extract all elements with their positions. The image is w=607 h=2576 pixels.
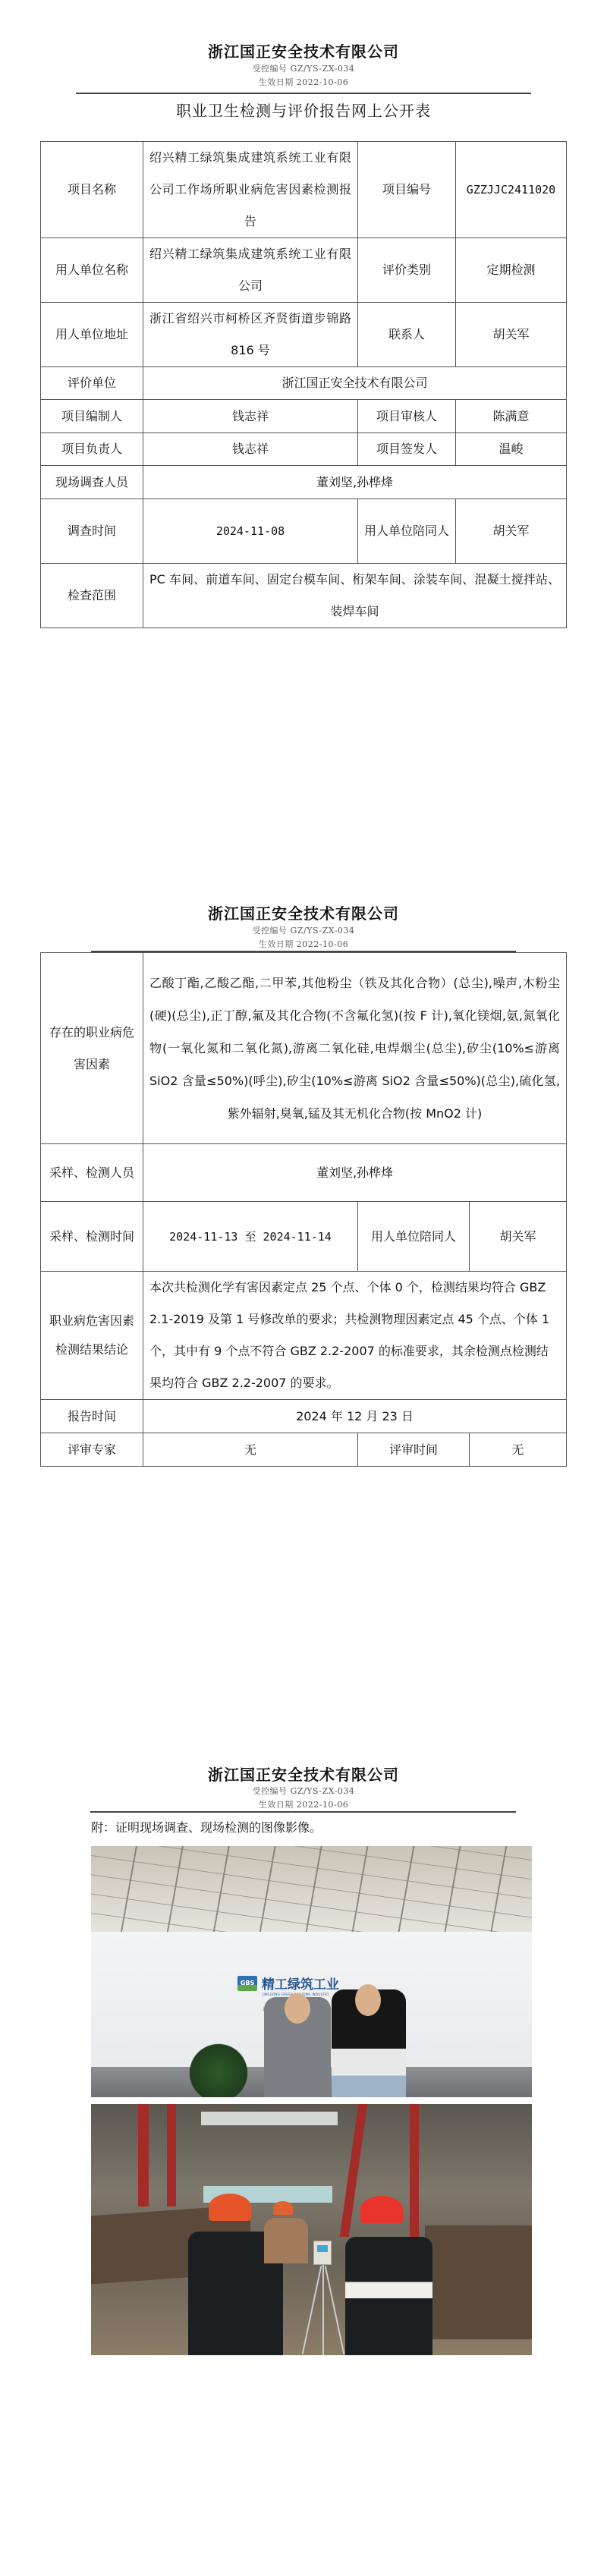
label-survey-staff: 现场调查人员 [41, 466, 143, 499]
crane-pillar [167, 2104, 176, 2206]
person-head [355, 1984, 381, 2016]
worker-welder [264, 2218, 308, 2263]
label-hazard-factors: 存在的职业病危害因素 [41, 953, 143, 1144]
company-sign-logo: GBS 精工绿筑工业 [237, 1974, 339, 1993]
value-hazard-factors: 乙酸丁酯,乙酸乙酯,二甲苯,其他粉尘（铁及其化合物）(总尘),噪声,木粉尘(硬)… [143, 953, 567, 1144]
table-row: 检查范围 PC 车间、前道车间、固定台模车间、桁架车间、涂装车间、混凝土搅拌站、… [41, 564, 567, 628]
company-name: 浙江国正安全技术有限公司 [0, 39, 607, 61]
person-head [285, 1993, 310, 2024]
control-number-page3: 受控编号 GZ/YS-ZX-034 [0, 1785, 607, 1797]
table-row: 用人单位名称 绍兴精工绿筑集成建筑系统工业有限公司 评价类别 定期检测 [41, 238, 567, 303]
label-sampling-staff: 采样、检测人员 [41, 1144, 143, 1202]
label-compiler: 项目编制人 [41, 400, 143, 433]
workshop-window [201, 2112, 338, 2125]
value-contact: 胡关军 [456, 303, 567, 367]
label-survey-date: 调查时间 [41, 499, 143, 564]
table-row: 报告时间 2024 年 12 月 23 日 [41, 1400, 567, 1433]
table-row: 项目编制人 钱志祥 项目审核人 陈满意 [41, 400, 567, 433]
value-sampling-date: 2024-11-13 至 2024-11-14 [143, 1202, 358, 1272]
value-evaluation-unit: 浙江国正安全技术有限公司 [143, 367, 567, 400]
label-contact: 联系人 [358, 303, 456, 367]
label-issuer: 项目签发人 [358, 433, 456, 466]
report-table-page2: 存在的职业病危害因素 乙酸丁酯,乙酸乙酯,二甲苯,其他粉尘（铁及其化合物）(总尘… [40, 952, 567, 1467]
value-accompanying-person-page2: 胡关军 [470, 1202, 567, 1272]
table-row: 存在的职业病危害因素 乙酸丁酯,乙酸乙酯,二甲苯,其他粉尘（铁及其化合物）(总尘… [41, 953, 567, 1144]
detection-instrument [313, 2241, 332, 2265]
table-row: 项目负责人 钱志祥 项目签发人 温峻 [41, 433, 567, 466]
value-report-date: 2024 年 12 月 23 日 [143, 1400, 567, 1433]
value-survey-staff: 董刘坚,孙桦烽 [143, 466, 567, 499]
effective-date-page2: 生效日期 2022-10-06 [0, 938, 607, 950]
crane-pillar [410, 2104, 419, 2237]
header-rule-page3 [90, 1811, 516, 1813]
table-row: 评价单位 浙江国正安全技术有限公司 [41, 367, 567, 400]
tripod-leg [322, 2265, 324, 2355]
label-evaluation-unit: 评价单位 [41, 367, 143, 400]
table-row: 职业病危害因素检测结果结论 本次共检测化学有害因素定点 25 个点、个体 0 个… [41, 1272, 567, 1400]
value-project-name: 绍兴精工绿筑集成建筑系统工业有限公司工作场所职业病危害因素检测报告 [143, 142, 358, 238]
value-issuer: 温峻 [456, 433, 567, 466]
steel-girder [425, 2225, 532, 2339]
table-row: 调查时间 2024-11-08 用人单位陪同人 胡关军 [41, 499, 567, 564]
label-review-experts: 评审专家 [41, 1433, 143, 1467]
value-sampling-staff: 董刘坚,孙桦烽 [143, 1144, 567, 1202]
value-evaluation-type: 定期检测 [456, 238, 567, 303]
gbs-logo-icon: GBS [237, 1976, 257, 1991]
header-rule [76, 93, 531, 94]
value-inspection-scope: PC 车间、前道车间、固定台模车间、桁架车间、涂装车间、混凝土搅拌站、装焊车间 [143, 564, 567, 628]
hard-hat [360, 2196, 403, 2223]
label-evaluation-type: 评价类别 [358, 238, 456, 303]
control-number: 受控编号 GZ/YS-ZX-034 [0, 62, 607, 74]
table-row: 采样、检测时间 2024-11-13 至 2024-11-14 用人单位陪同人 … [41, 1202, 567, 1272]
value-project-lead: 钱志祥 [143, 433, 358, 466]
effective-date: 生效日期 2022-10-06 [0, 76, 607, 88]
control-number-page2: 受控编号 GZ/YS-ZX-034 [0, 924, 607, 936]
photo-ceiling [91, 1846, 532, 1932]
value-survey-date: 2024-11-08 [143, 499, 358, 564]
hard-hat [209, 2194, 251, 2221]
site-detection-photo [91, 2104, 532, 2355]
value-reviewer: 陈满意 [456, 400, 567, 433]
potted-plant [188, 2037, 249, 2097]
label-project-lead: 项目负责人 [41, 433, 143, 466]
value-employer-address: 浙江省绍兴市柯桥区齐贤街道步锦路 816 号 [143, 303, 358, 367]
value-project-number: GZZJJC2411020 [456, 142, 567, 238]
label-detection-conclusion: 职业病危害因素检测结果结论 [41, 1272, 143, 1400]
value-review-date: 无 [470, 1433, 567, 1467]
label-employer-name: 用人单位名称 [41, 238, 143, 303]
company-name-page3: 浙江国正安全技术有限公司 [0, 1763, 607, 1785]
label-project-name: 项目名称 [41, 142, 143, 238]
label-review-date: 评审时间 [358, 1433, 470, 1467]
value-employer-name: 绍兴精工绿筑集成建筑系统工业有限公司 [143, 238, 358, 303]
label-accompanying-person: 用人单位陪同人 [358, 499, 456, 564]
worker-back [345, 2237, 432, 2355]
table-row: 评审专家 无 评审时间 无 [41, 1433, 567, 1467]
company-sign-text: 精工绿筑工业 [262, 1974, 339, 1993]
label-project-number: 项目编号 [358, 142, 456, 238]
label-accompanying-person-page2: 用人单位陪同人 [358, 1202, 470, 1272]
table-row: 现场调查人员 董刘坚,孙桦烽 [41, 466, 567, 499]
report-table-page1: 项目名称 绍兴精工绿筑集成建筑系统工业有限公司工作场所职业病危害因素检测报告 项… [40, 141, 567, 628]
table-row: 用人单位地址 浙江省绍兴市柯桥区齐贤街道步锦路 816 号 联系人 胡关军 [41, 303, 567, 367]
crane-pillar [138, 2104, 149, 2206]
table-row: 项目名称 绍兴精工绿筑集成建筑系统工业有限公司工作场所职业病危害因素检测报告 项… [41, 142, 567, 238]
value-compiler: 钱志祥 [143, 400, 358, 433]
effective-date-page3: 生效日期 2022-10-06 [0, 1798, 607, 1810]
site-survey-photo: GBS 精工绿筑工业 JINGGONG GREEN BUILDING INDUS… [91, 1846, 532, 2097]
attachment-note: 附：证明现场调查、现场检测的图像影像。 [91, 1818, 322, 1835]
value-detection-conclusion: 本次共检测化学有害因素定点 25 个点、个体 0 个，检测结果均符合 GBZ 2… [143, 1272, 567, 1400]
value-review-experts: 无 [143, 1433, 358, 1467]
document-title: 职业卫生检测与评价报告网上公开表 [0, 99, 607, 121]
value-accompanying-person: 胡关军 [456, 499, 567, 564]
table-row: 采样、检测人员 董刘坚,孙桦烽 [41, 1144, 567, 1202]
label-inspection-scope: 检查范围 [41, 564, 143, 628]
company-name-page2: 浙江国正安全技术有限公司 [0, 901, 607, 923]
label-report-date: 报告时间 [41, 1400, 143, 1433]
label-reviewer: 项目审核人 [358, 400, 456, 433]
hard-hat [273, 2201, 293, 2215]
label-employer-address: 用人单位地址 [41, 303, 143, 367]
label-sampling-date: 采样、检测时间 [41, 1202, 143, 1272]
